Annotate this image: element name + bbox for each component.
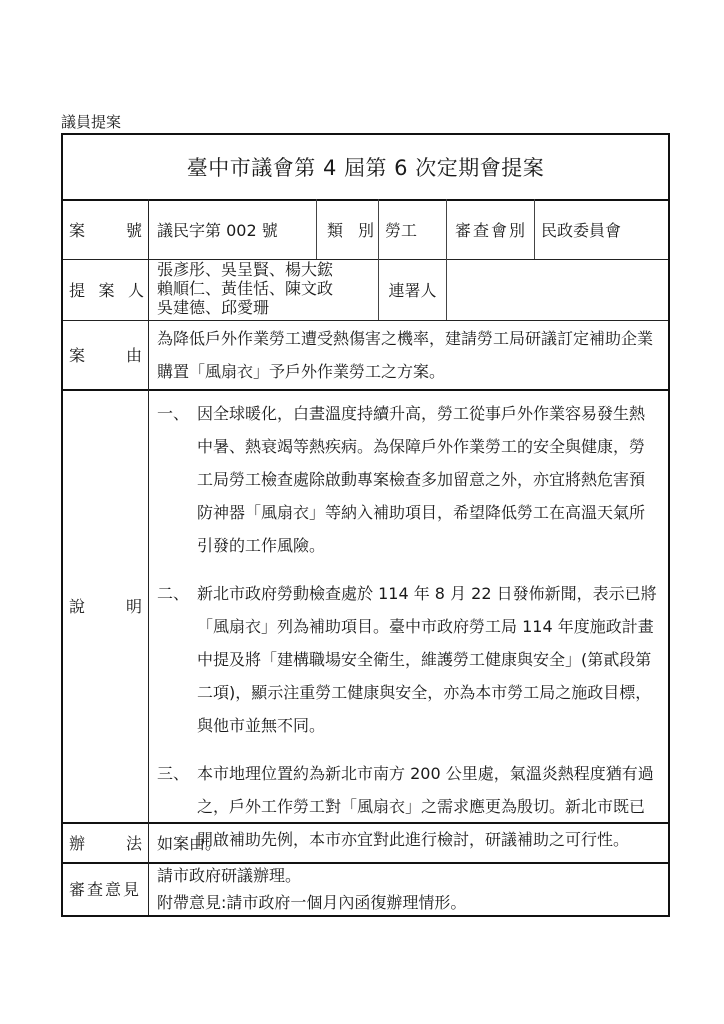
label-char: 法	[126, 831, 142, 854]
case-number-label: 案 號	[63, 199, 148, 259]
label-char: 人	[128, 278, 144, 301]
item-number: 三、	[157, 757, 197, 790]
method-label: 辦 法	[63, 822, 148, 862]
label-char: 號	[126, 218, 142, 241]
category-label: 類 別	[317, 199, 378, 259]
label-char: 類	[327, 218, 343, 241]
committee-value: 民政委員會	[535, 199, 668, 259]
proposer-line: 張彥彤、吳呈賢、楊大鋐	[157, 260, 378, 279]
review-text: 請市政府研議辦理。 附帶意見:請市政府一個月內函復辦理情形。	[149, 862, 668, 915]
item-number: 二、	[157, 577, 197, 610]
committee-label: 審查會別	[447, 199, 534, 259]
reason-text: 為降低戶外作業勞工遭受熱傷害之機率，建請勞工局研議訂定補助企業購置「風扇衣」予戶…	[149, 320, 668, 389]
label-char: 別	[358, 218, 374, 241]
label-char: 案	[98, 278, 114, 301]
reason-label: 案 由	[63, 320, 148, 389]
review-line: 附帶意見:請市政府一個月內函復辦理情形。	[157, 889, 660, 916]
explanation-item: 一、 因全球暖化，白晝溫度持續升高，勞工從事戶外作業容易發生熱中暑、熱衰竭等熱疾…	[157, 397, 660, 562]
method-text: 如案由。	[149, 822, 668, 862]
label-char: 案	[69, 218, 85, 241]
label-char: 提	[69, 278, 85, 301]
proposer-line: 吳建德、邱愛珊	[157, 298, 378, 317]
review-label: 審查意見	[63, 862, 148, 915]
label-char: 辦	[69, 831, 85, 854]
category-value: 勞工	[379, 199, 446, 259]
document-type-label: 議員提案	[61, 111, 121, 132]
proposal-title: 臺中市議會第 4 屆第 6 次定期會提案	[63, 135, 668, 199]
label-char: 由	[126, 343, 142, 366]
item-number: 一、	[157, 397, 197, 430]
item-text: 因全球暖化，白晝溫度持續升高，勞工從事戶外作業容易發生熱中暑、熱衰竭等熱疾病。為…	[197, 404, 645, 555]
explanation-body: 一、 因全球暖化，白晝溫度持續升高，勞工從事戶外作業容易發生熱中暑、熱衰竭等熱疾…	[149, 389, 668, 822]
item-text: 新北市政府勞動檢查處於 114 年 8 月 22 日發佈新聞，表示已將「風扇衣」…	[197, 584, 657, 735]
case-number-value: 議民字第 002 號	[149, 199, 316, 259]
proposal-table: 臺中市議會第 4 屆第 6 次定期會提案 案 號 議民字第 002 號 類 別 …	[61, 133, 670, 917]
label-char: 說	[69, 594, 85, 617]
proposer-label: 提 案 人	[63, 259, 148, 320]
cosigner-label: 連署人	[379, 259, 446, 320]
explanation-label: 說 明	[63, 389, 148, 822]
cosigner-value	[447, 259, 668, 320]
explanation-item: 二、 新北市政府勞動檢查處於 114 年 8 月 22 日發佈新聞，表示已將「風…	[157, 577, 660, 742]
proposer-line: 賴順仁、黃佳恬、陳文政	[157, 279, 378, 298]
review-line: 請市政府研議辦理。	[157, 862, 660, 889]
label-char: 案	[69, 343, 85, 366]
proposer-list: 張彥彤、吳呈賢、楊大鋐 賴順仁、黃佳恬、陳文政 吳建德、邱愛珊	[149, 259, 378, 320]
label-char: 明	[126, 594, 142, 617]
